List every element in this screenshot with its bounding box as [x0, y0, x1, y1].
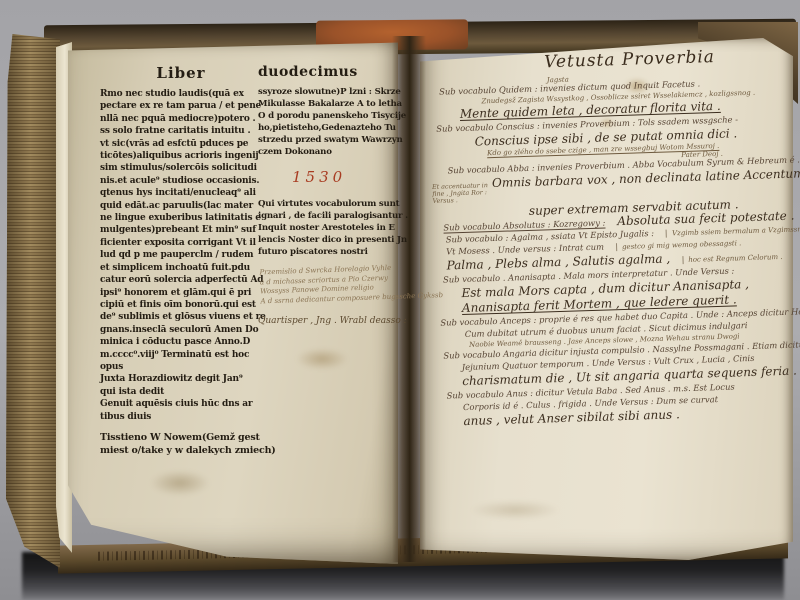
right-page-manuscript: Vetusta Proverbia Jagsta Sub vocabulo Qu…	[428, 45, 800, 429]
printed-line: pectare ex re tam parua / et pene	[100, 100, 262, 112]
printed-line: O d porodu panenskeho Tisycije	[258, 110, 400, 122]
printed-line: ssyroze slowutne)P lzni : Skrze	[258, 86, 400, 98]
printed-line: nllā nec pquā mediocre)potero .	[100, 113, 262, 125]
printed-line: qui ista dedit	[100, 386, 262, 398]
manuscript-line: Quartisper , Jng . Wrabl deasso :	[258, 316, 400, 326]
printed-line: Juxta Horazdiowitz degit Jan⁹	[100, 373, 262, 385]
printed-line: mulgentes)prebeant Et min⁹ suf	[100, 224, 262, 236]
left-page-edges-stack	[6, 34, 60, 568]
left-column-printed-text: Liber Rmo nec studio laudis(quā expectar…	[100, 64, 262, 423]
printed-footer-note: Tisstieno W Nowem(Gemž gestmiest o/take …	[100, 432, 300, 457]
printed-line: catur eorū solercia adperfectū Ad	[100, 274, 262, 286]
printed-line: et simplicem inchoatū fuit.pdu	[100, 262, 262, 274]
printed-line: futuro piscatores nostri	[258, 246, 400, 258]
printed-line: Mikulasse Bakalarze A to letha	[258, 98, 400, 110]
printed-line: Qui virtutes vocabulorum sunt	[258, 198, 400, 210]
printed-line: vt sic(vrās ad esfctū pduces pe	[100, 138, 262, 150]
printed-line: Rmo nec studio laudis(quā ex	[100, 88, 262, 100]
printed-line: de⁹ sublimis et glōsus viuens et re	[100, 311, 262, 323]
printed-line: m.cccc⁰.viij⁰ Terminatū est hoc	[100, 349, 262, 361]
printed-line: gnans.inseclā seculorū Amen Do	[100, 324, 262, 336]
side-note: hoc est Regnum Celorum .	[682, 253, 783, 264]
printed-line: ipsi⁹ honorem et glām.qui ē pri	[100, 287, 262, 299]
printed-line: Inquit noster Arestoteles in E	[258, 222, 400, 234]
faint-manuscript-note: Przemislio d Swrcka Horelogio Vyhlea d m…	[259, 264, 400, 307]
printed-lines: Rmo nec studio laudis(quā expectare ex r…	[100, 88, 262, 423]
printed-line: Genuit aquēsis ciuis hūc dns ar	[100, 398, 262, 410]
printed-line: ho,pietisteho,Gedenazteho Tu	[258, 122, 400, 134]
printed-line: lud qd p me pauperclm / rudem	[100, 249, 262, 261]
printed-line: sim stimulus/solercōis solicitudi	[100, 162, 262, 174]
printed-line: ss solo fratne caritatis intuitu .	[100, 125, 262, 137]
open-book-photo: Liber Rmo nec studio laudis(quā expectar…	[0, 0, 800, 600]
printed-line: quid edāt.ac paruulis(lac mater	[100, 200, 262, 212]
printed-line: minica i cōductu pasce Anno.D	[100, 336, 262, 348]
printed-line: nis.et acule⁹ studiose occasionis.	[100, 175, 262, 187]
printed-verse-lines: Qui virtutes vocabulorum suntignari , de…	[258, 198, 400, 258]
margin-note: Et accentuatur in fine , Jngita Ror : Ve…	[432, 182, 489, 206]
printed-line: tibus diuis	[100, 411, 262, 423]
heading-duodecimus: duodecimus	[258, 64, 400, 80]
printed-line: lencis Noster dico in presenti Jn	[258, 234, 400, 246]
printed-line: cipiū et finis oīm bonorū.qui est	[100, 299, 262, 311]
printed-line: opus	[100, 361, 262, 373]
printed-line: Tisstieno W Nowem(Gemž gest	[100, 432, 300, 445]
heading-liber: Liber	[100, 64, 262, 82]
printed-line: ticōtes)aliquibus acrioris ingenij	[100, 150, 262, 162]
printed-line: ignari , de facili paralogisantur .	[258, 210, 400, 222]
printed-line: ne lingue exuberibus latinitatis e	[100, 212, 262, 224]
manuscript-lines: Jagsta Sub vocabulo Quidem : invenies di…	[429, 68, 800, 428]
printed-line: czem Dokonano	[258, 146, 400, 158]
printed-line: ficienter exposita corrigant Vt il	[100, 237, 262, 249]
printed-line: qtenus hys incitati/enucleaq⁹ ali	[100, 187, 262, 199]
printed-line: miest o/take y w dalekych zmiech)	[100, 445, 300, 458]
printed-line: strzedu przed swatym Wawrzyn	[258, 134, 400, 146]
right-column-printed-text: duodecimus ssyroze slowutne)P lzni : Skr…	[258, 64, 400, 326]
colophon-lines: ssyroze slowutne)P lzni : SkrzeMikulasse…	[258, 86, 400, 158]
handwritten-year-1530: 1530	[292, 168, 400, 186]
